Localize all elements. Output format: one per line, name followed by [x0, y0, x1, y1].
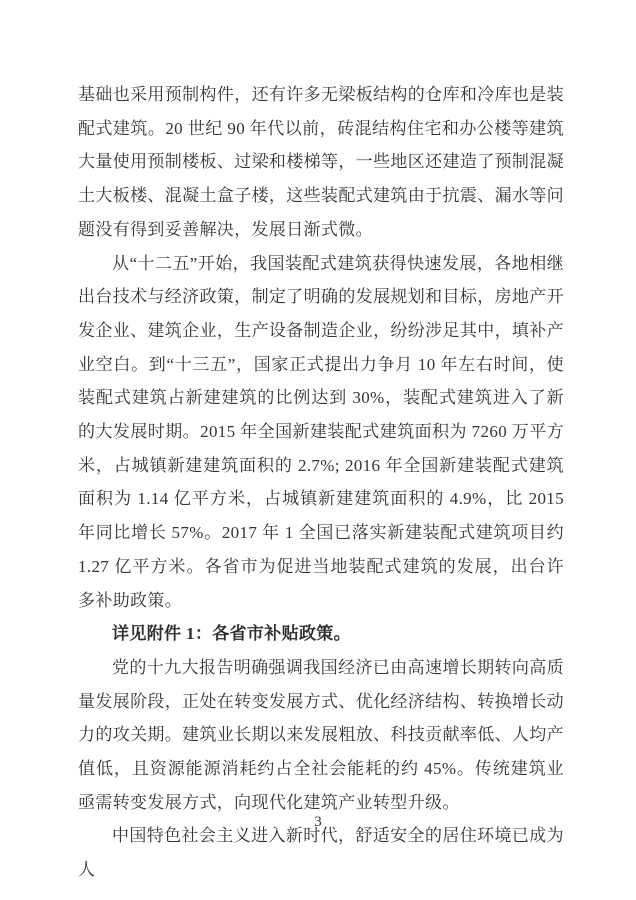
paragraph-prefab-history-continuation: 基础也采用预制构件，还有许多无梁板结构的仓库和冷库也是装配式建筑。20 世纪 9…	[78, 78, 564, 247]
attachment-reference-line: 详见附件 1：各省市补贴政策。	[78, 617, 564, 651]
document-page: 基础也采用预制构件，还有许多无梁板结构的仓库和冷库也是装配式建筑。20 世纪 9…	[0, 0, 636, 900]
page-number: 3	[0, 812, 636, 832]
paragraph-19th-congress-construction-industry: 党的十九大报告明确强调我国经济已由高速增长期转向高质量发展阶段，正处在转变发展方…	[78, 651, 564, 820]
paragraph-development-12th-13th-fiveyear: 从“十二五”开始，我国装配式建筑获得快速发展，各地相继出台技术与经济政策，制定了…	[78, 247, 564, 618]
body-text: 基础也采用预制构件，还有许多无梁板结构的仓库和冷库也是装配式建筑。20 世纪 9…	[78, 78, 564, 887]
